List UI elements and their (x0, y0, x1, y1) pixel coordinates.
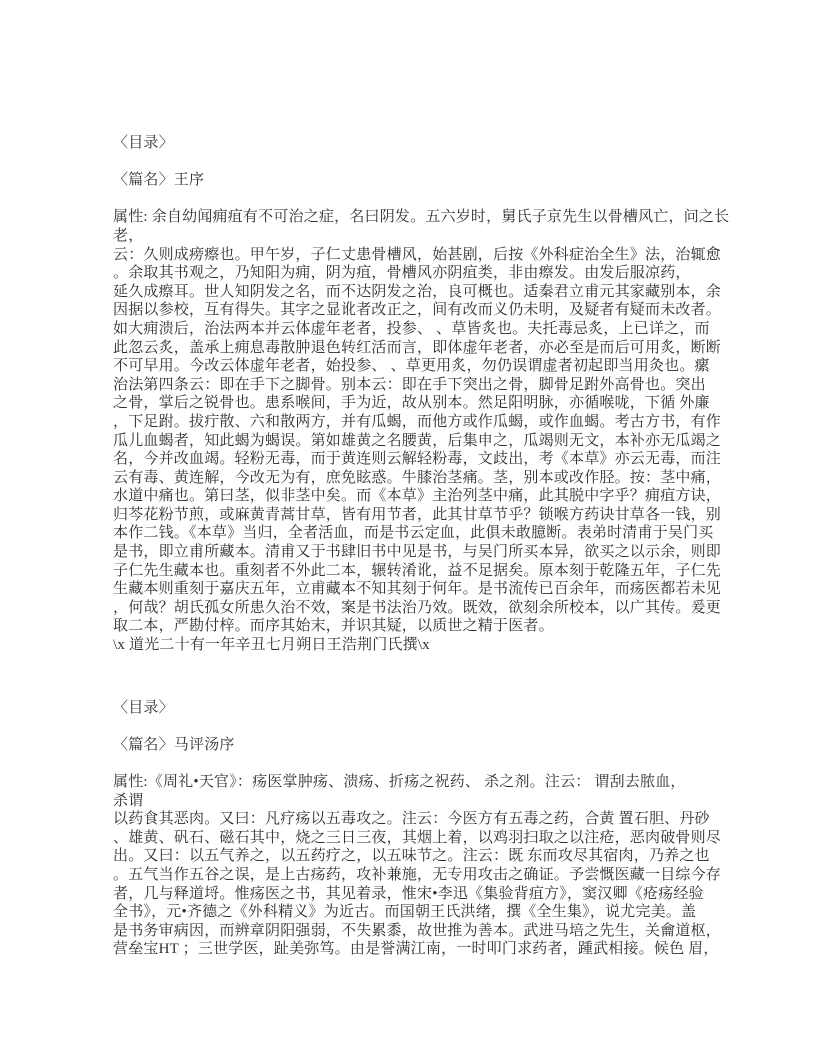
toc-marker: 〈目录〉 (113, 134, 786, 153)
section-ma-ping-tang-preface: 〈目录〉 〈篇名〉马评汤序 属性:《周礼•天官》：疡医掌肿疡、溃疡、折疡之祝药、… (113, 699, 786, 959)
section-title-ma-ping-tang-preface: 〈篇名〉马评汤序 (113, 736, 786, 755)
toc-marker: 〈目录〉 (113, 699, 786, 718)
section-body-wang-preface: 属性: 余自幼闻痈疽有不可治之症，名曰阴发。五六岁时，舅氏子京先生以骨槽风亡，问… (113, 208, 785, 654)
section-wang-preface: 〈目录〉 〈篇名〉王序 属性: 余自幼闻痈疽有不可治之症，名曰阴发。五六岁时，舅… (113, 134, 786, 655)
section-title-wang-preface: 〈篇名〉王序 (113, 171, 786, 190)
document-page: 〈目录〉 〈篇名〉王序 属性: 余自幼闻痈疽有不可治之症，名曰阴发。五六岁时，舅… (0, 0, 816, 1056)
section-body-ma-ping-tang-preface: 属性:《周礼•天官》：疡医掌肿疡、溃疡、折疡之祝药、 杀之剂。注云： 谓刮去脓血… (113, 773, 785, 959)
